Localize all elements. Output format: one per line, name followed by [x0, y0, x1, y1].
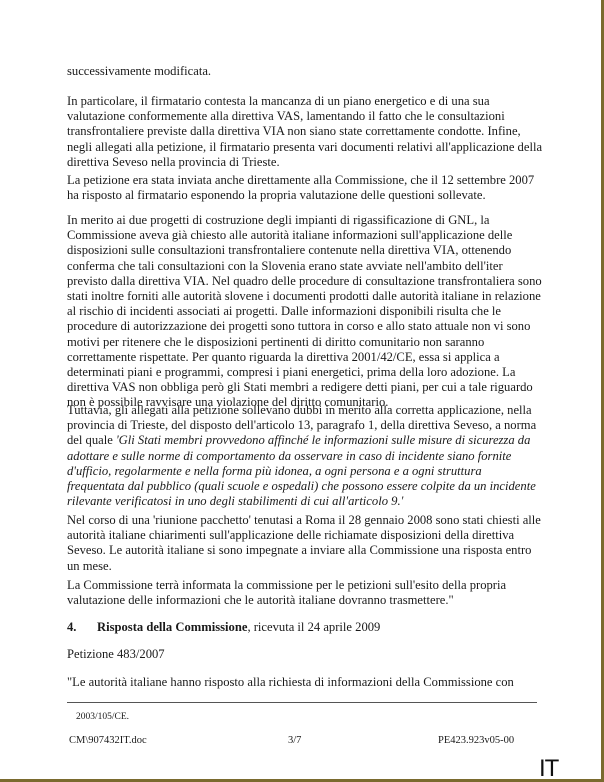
- text-line: Petizione 483/2007: [67, 647, 539, 662]
- paragraph-petitioner-complaint: In particolare, il firmatario contesta l…: [67, 94, 539, 170]
- footnote: 2003/105/CE.: [76, 711, 129, 723]
- quoted-article-text: frequentata dal pubblico (quali scuole e…: [67, 479, 539, 494]
- paragraph-rome-meeting: Nel corso di una 'riunione pacchetto' te…: [67, 513, 539, 574]
- text-line: un mese.: [67, 559, 539, 574]
- text-line: previsto dalla direttiva VIA. Nel quadro…: [67, 274, 539, 289]
- text-line: valutazione conformemente alla direttiva…: [67, 109, 539, 124]
- footer-reference: PE423.923v05-00: [438, 734, 514, 747]
- text-line: correttamente rispettate. Per quanto rig…: [67, 350, 539, 365]
- text-line-mixed: del quale 'Gli Stati membri provvedono a…: [67, 433, 539, 448]
- paragraph-commission-follow-up: La Commissione terrà informata la commis…: [67, 578, 539, 608]
- text-line: valutazione delle informazioni che le au…: [67, 593, 539, 608]
- quoted-article-text: rilevante verificatosi in uno degli stab…: [67, 494, 539, 509]
- text-line: procedure di autorizzazione dei progetti…: [67, 319, 539, 334]
- petition-reference: Petizione 483/2007: [67, 647, 539, 662]
- paragraph-italian-authorities-response: "Le autorità italiane hanno risposto all…: [67, 675, 539, 690]
- text-line: stati inoltre forniti alle autorità slov…: [67, 289, 539, 304]
- text-line: provincia di Trieste, del disposto dell'…: [67, 418, 539, 433]
- text-line: Seveso. Le autorità italiane si sono imp…: [67, 543, 539, 558]
- text-line: transfrontaliere previste dalla direttiv…: [67, 124, 539, 139]
- section-heading: 4.Risposta della Commissione, ricevuta i…: [67, 620, 380, 635]
- text-plain: del quale: [67, 433, 116, 447]
- quoted-article-text: 'Gli Stati membri provvedono affinché le…: [116, 433, 530, 447]
- text-line: In particolare, il firmatario contesta l…: [67, 94, 539, 109]
- language-code: IT: [539, 757, 558, 781]
- text-line: al rischio di incidenti associati ai pro…: [67, 304, 539, 319]
- quoted-article-text: adottare e sulle norme di comportamento …: [67, 449, 539, 464]
- text-line: In merito ai due progetti di costruzione…: [67, 213, 539, 228]
- document-page: successivamente modificata. In particola…: [0, 0, 604, 782]
- text-line: motivi per ritenere che le disposizioni …: [67, 335, 539, 350]
- footnote-separator: [67, 702, 537, 703]
- text-line: conferma che tali consultazioni con la S…: [67, 259, 539, 274]
- text-line: "Le autorità italiane hanno risposto all…: [67, 675, 539, 690]
- text-line: Tuttavia, gli allegati alla petizione so…: [67, 403, 539, 418]
- text-line: determinati piani e programmi, compresi …: [67, 365, 539, 380]
- text-line: negli allegati alla petizione, il firmat…: [67, 140, 539, 155]
- text-line: successivamente modificata.: [67, 64, 539, 79]
- text-line: autorità italiane chiarimenti sull'appli…: [67, 528, 539, 543]
- text-line: La petizione era stata inviata anche dir…: [67, 173, 539, 188]
- text-line: disposizioni sulle consultazioni transfr…: [67, 243, 539, 258]
- section-number: 4.: [67, 620, 97, 635]
- text-line: ha risposto al firmatario esponendo la p…: [67, 188, 539, 203]
- footer-document-id: CM\907432IT.doc: [69, 734, 147, 747]
- paragraph-seveso-directive: Tuttavia, gli allegati alla petizione so…: [67, 403, 539, 509]
- paragraph-gnl-projects: In merito ai due progetti di costruzione…: [67, 213, 539, 411]
- paragraph-continuation: successivamente modificata.: [67, 64, 539, 79]
- text-line: Commissione aveva già chiesto alle autor…: [67, 228, 539, 243]
- footer-page-number: 3/7: [288, 734, 301, 747]
- paragraph-commission-reply: La petizione era stata inviata anche dir…: [67, 173, 539, 203]
- section-subtitle: , ricevuta il 24 aprile 2009: [247, 620, 380, 634]
- quoted-article-text: d'ufficio, regolarmente e nella forma pi…: [67, 464, 539, 479]
- section-title: Risposta della Commissione: [97, 620, 247, 634]
- text-line: La Commissione terrà informata la commis…: [67, 578, 539, 593]
- text-line: direttiva Seveso nella provincia di Trie…: [67, 155, 539, 170]
- text-line: Nel corso di una 'riunione pacchetto' te…: [67, 513, 539, 528]
- text-line: direttiva VAS non obbliga però gli Stati…: [67, 380, 539, 395]
